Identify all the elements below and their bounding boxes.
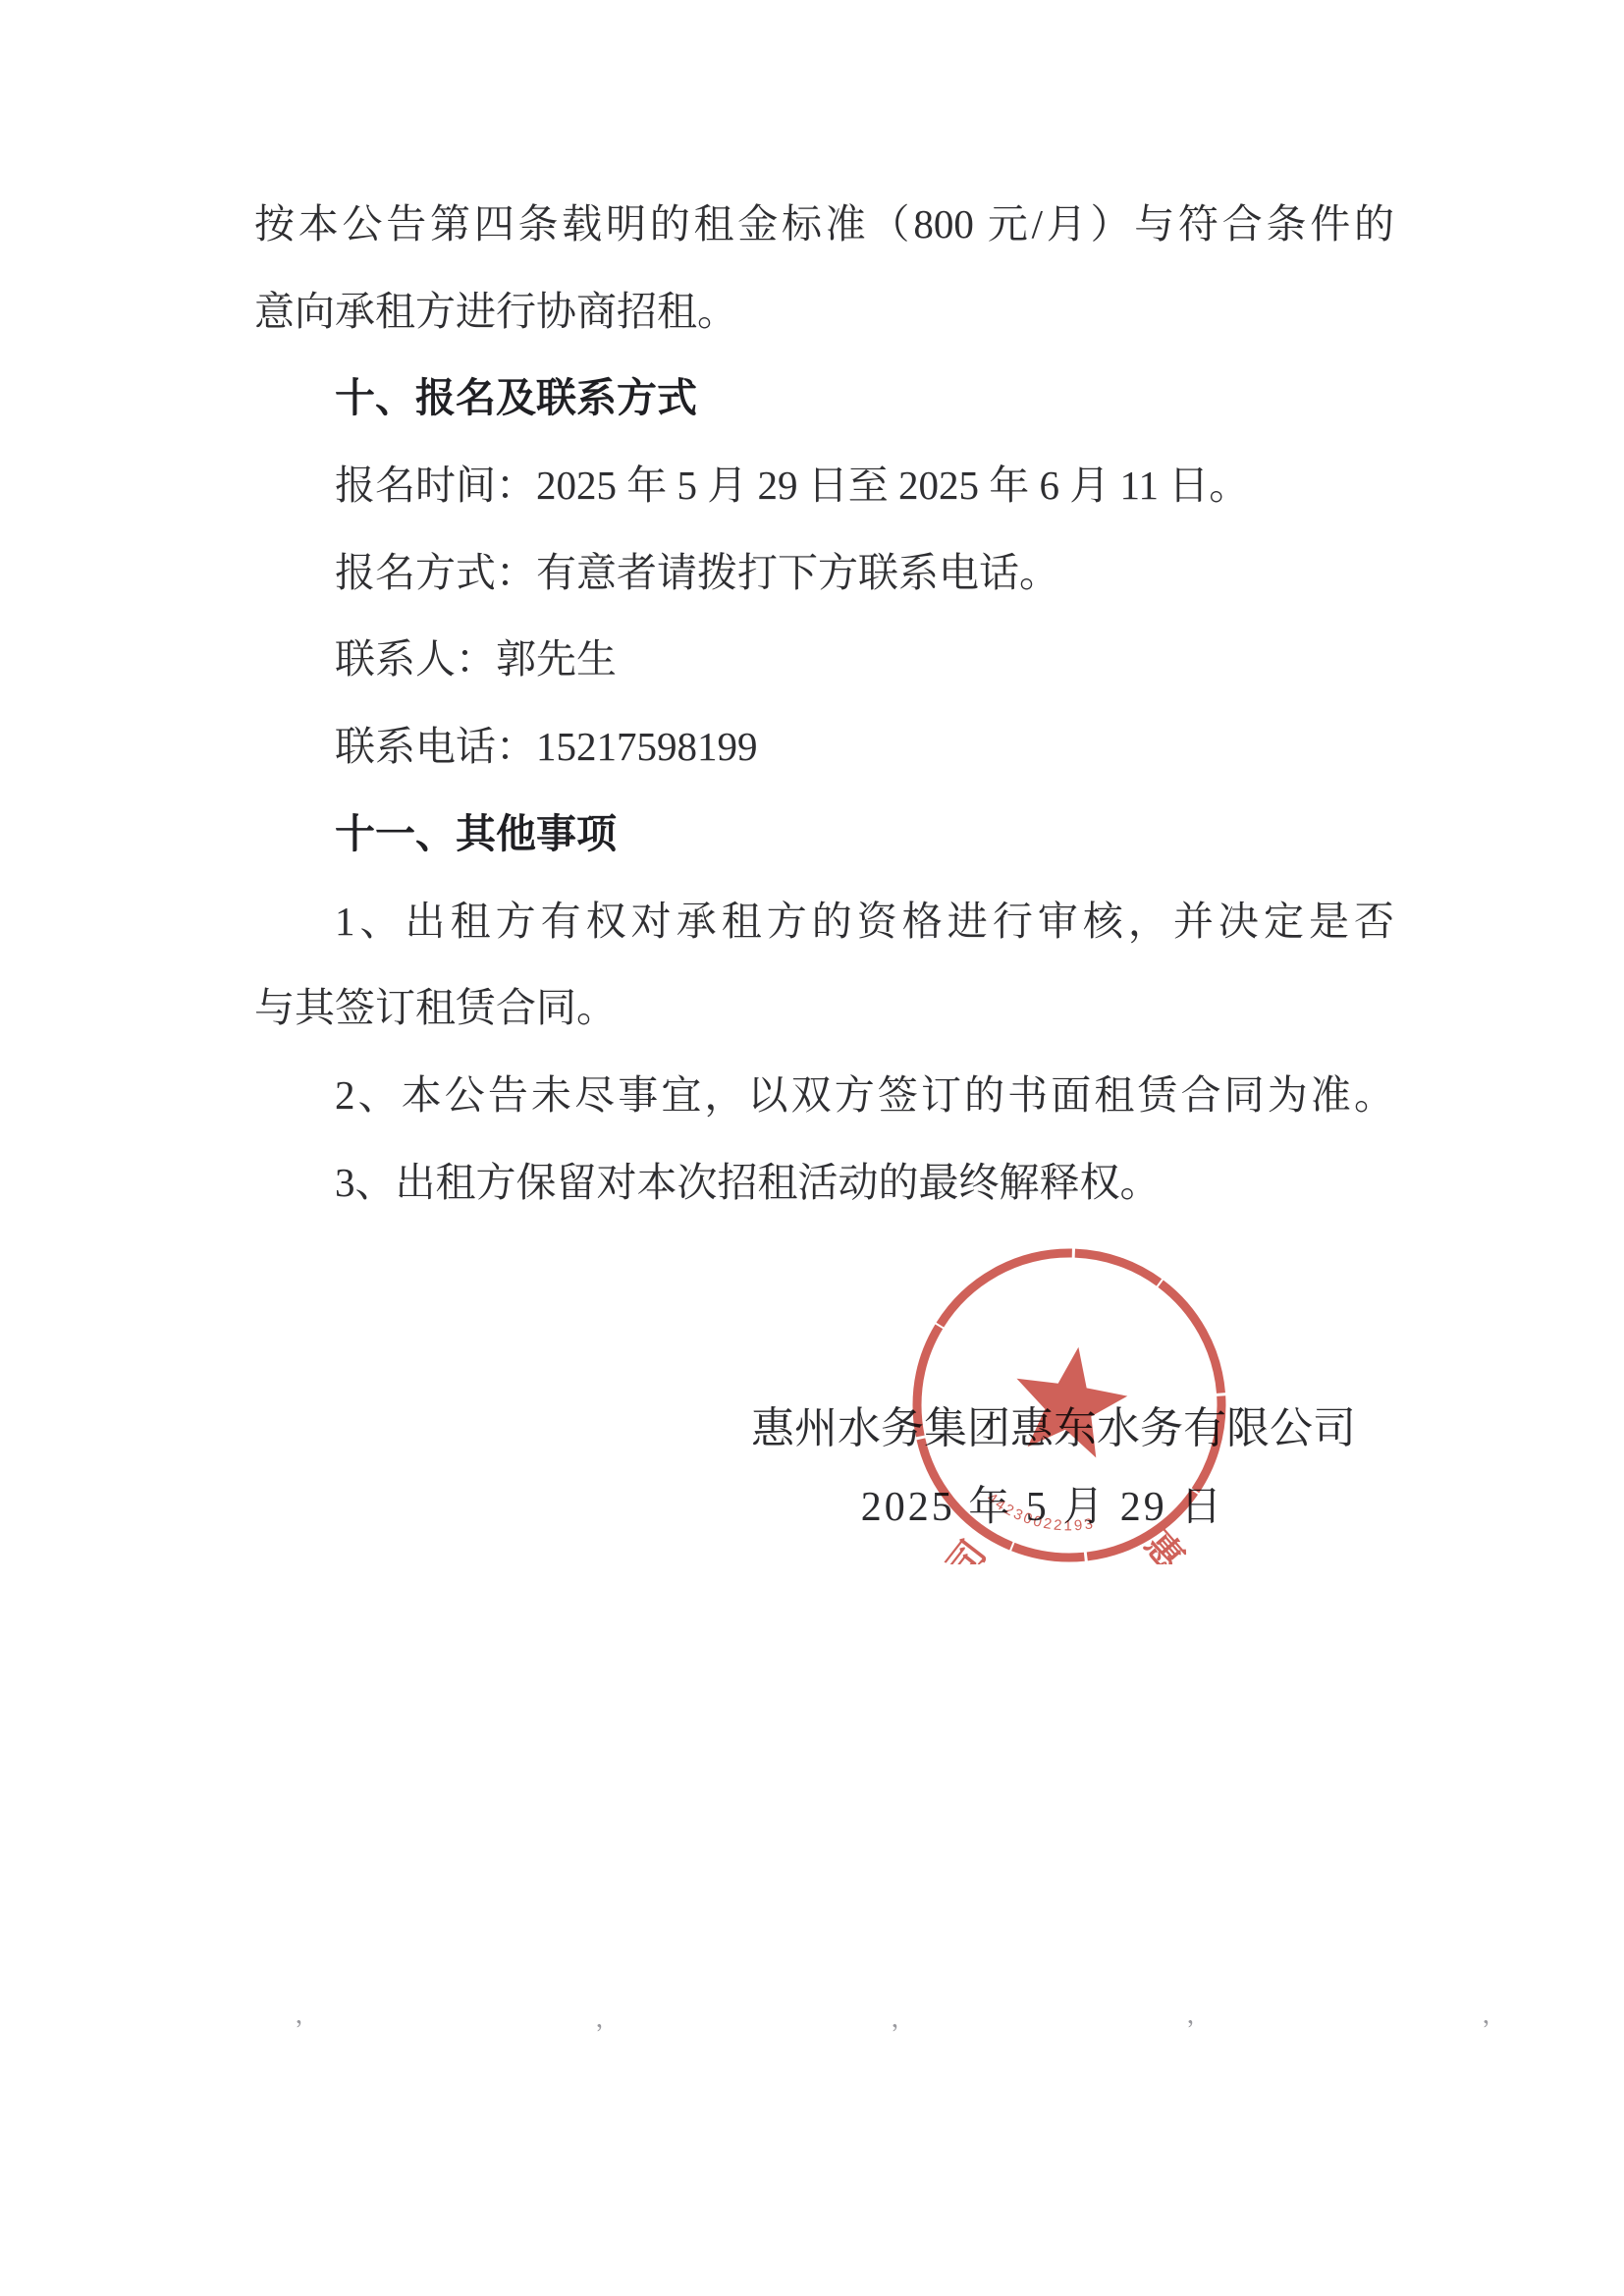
document-line: 联系电话：15217598199 — [254, 703, 1394, 791]
scan-speck: , — [889, 2003, 899, 2036]
official-seal: 惠州水务集团惠东水务有限公司 44230022193 — [910, 1246, 1228, 1564]
document-line: 报名时间：2025 年 5 月 29 日至 2025 年 6 月 11 日。 — [254, 442, 1394, 529]
section-heading: 十一、其他事项 — [254, 791, 1394, 878]
section-heading: 十、报名及联系方式 — [254, 355, 1394, 442]
scan-speck: , — [1480, 1999, 1490, 2032]
document-line: 按本公告第四条载明的租金标准（800 元/月）与符合条件的 — [254, 181, 1394, 268]
document-line: 联系人：郭先生 — [254, 616, 1394, 703]
scan-speck: , — [1184, 1999, 1195, 2032]
scan-speck: , — [593, 2003, 604, 2036]
document-line: 与其签订租赁合同。 — [254, 964, 1394, 1052]
document-line: 意向承租方进行协商招租。 — [254, 268, 1394, 355]
document-line: 报名方式：有意者请拨打下方联系电话。 — [254, 529, 1394, 617]
star-icon — [1006, 1339, 1134, 1461]
document-body: 按本公告第四条载明的租金标准（800 元/月）与符合条件的意向承租方进行协商招租… — [254, 181, 1394, 1226]
svg-text:44230022193: 44230022193 — [984, 1490, 1097, 1535]
seal-code: 44230022193 — [984, 1490, 1097, 1535]
document-line: 1、出租方有权对承租方的资格进行审核，并决定是否 — [254, 878, 1394, 965]
document-line: 2、本公告未尽事宜，以双方签订的书面租赁合同为准。 — [254, 1052, 1394, 1139]
scan-speck: , — [293, 1999, 303, 2032]
document-line: 3、出租方保留对本次招租活动的最终解释权。 — [254, 1139, 1394, 1227]
document-page: 按本公告第四条载明的租金标准（800 元/月）与符合条件的意向承租方进行协商招租… — [0, 0, 1624, 2296]
